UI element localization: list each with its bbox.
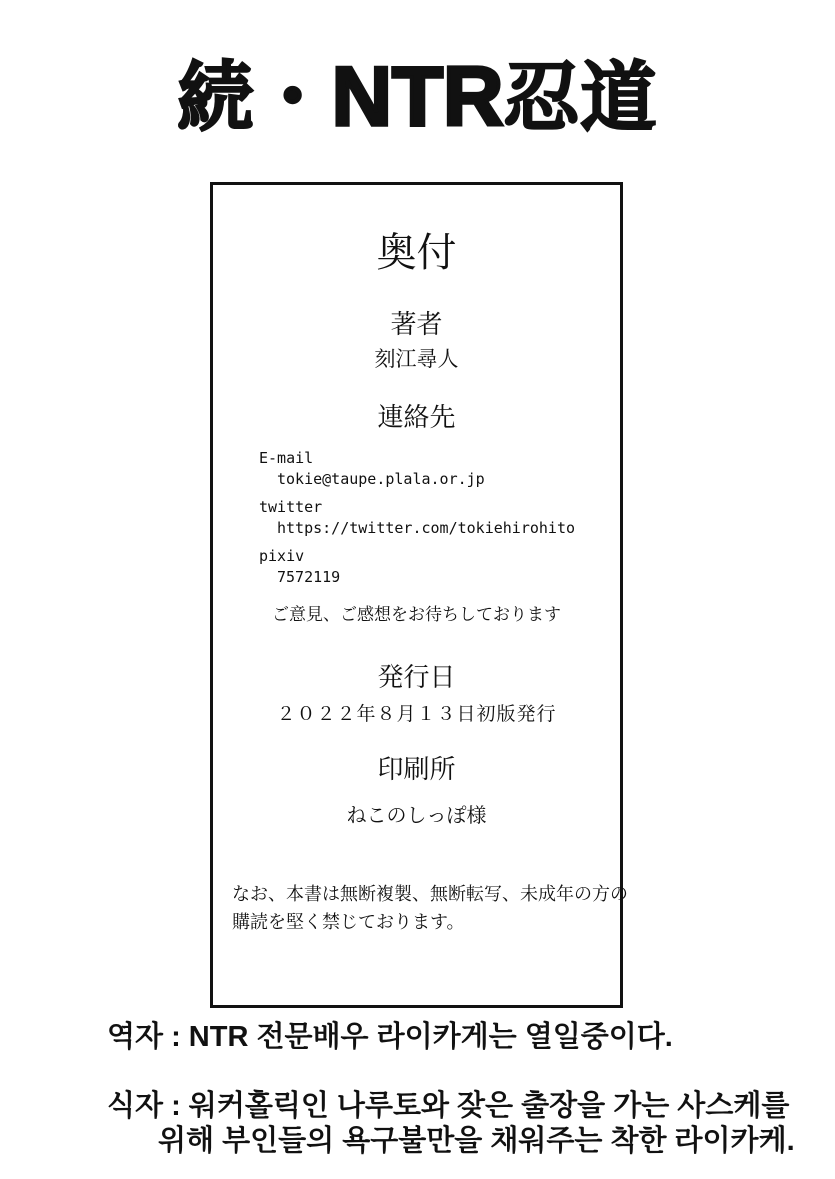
book-title-suffix: 忍道 (503, 56, 657, 141)
colophon-box: 奥付 著者 刻江尋人 連絡先 E-mail tokie@taupe.plala.… (210, 182, 623, 1008)
printer-label: 印刷所 (213, 754, 620, 785)
pixiv-id: 7572119 (259, 567, 620, 588)
colophon-heading: 奥付 (213, 229, 620, 277)
author-name: 刻江尋人 (213, 347, 620, 372)
disclaimer-note: なお、本書は無断複製、無断転写、未成年の方の 購読を堅く禁じております。 (213, 881, 620, 937)
email-label: E-mail (259, 448, 620, 469)
contact-list: E-mail tokie@taupe.plala.or.jp twitter h… (213, 448, 620, 588)
translation-credits: 역자 : NTR 전문배우 라이카게는 열일중이다. 식자 : 워커홀릭인 나루… (107, 1020, 807, 1158)
translator-credit: 역자 : NTR 전문배우 라이카게는 열일중이다. (107, 1020, 807, 1055)
disclaimer-line-2: 購読を堅く禁じております。 (232, 909, 620, 937)
contact-item-email: E-mail tokie@taupe.plala.or.jp (259, 448, 620, 490)
book-title-prefix: 続・ (178, 56, 332, 141)
contact-label: 連絡先 (213, 402, 620, 433)
colophon-page: 続・NTR忍道 奥付 著者 刻江尋人 連絡先 E-mail tokie@taup… (0, 0, 835, 1179)
email-value: tokie@taupe.plala.or.jp (259, 469, 620, 490)
publication-date-label: 発行日 (213, 662, 620, 693)
printer-name: ねこのしっぽ様 (213, 803, 620, 829)
pixiv-label: pixiv (259, 546, 620, 567)
book-title-latin: NTR (332, 49, 504, 143)
twitter-label: twitter (259, 497, 620, 518)
typesetter-credit-line-1: 식자 : 워커홀릭인 나루토와 잦은 출장을 가는 사스케를 (158, 1089, 807, 1124)
book-title: 続・NTR忍道 (0, 48, 835, 144)
typesetter-credit-line-2: 위해 부인들의 욕구불만을 채워주는 착한 라이카케. (158, 1124, 807, 1159)
contact-item-twitter: twitter https://twitter.com/tokiehirohit… (259, 497, 620, 539)
publication-date-value: ２０２２年８月１３日初版発行 (213, 703, 620, 728)
author-label: 著者 (213, 309, 620, 340)
disclaimer-line-1: なお、本書は無断複製、無断転写、未成年の方の (232, 881, 620, 909)
twitter-url: https://twitter.com/tokiehirohito (259, 518, 620, 539)
typesetter-credit: 식자 : 워커홀릭인 나루토와 잦은 출장을 가는 사스케를 위해 부인들의 욕… (107, 1089, 807, 1159)
feedback-note: ご意見、ご感想をお待ちしております (213, 604, 620, 626)
contact-item-pixiv: pixiv 7572119 (259, 546, 620, 588)
